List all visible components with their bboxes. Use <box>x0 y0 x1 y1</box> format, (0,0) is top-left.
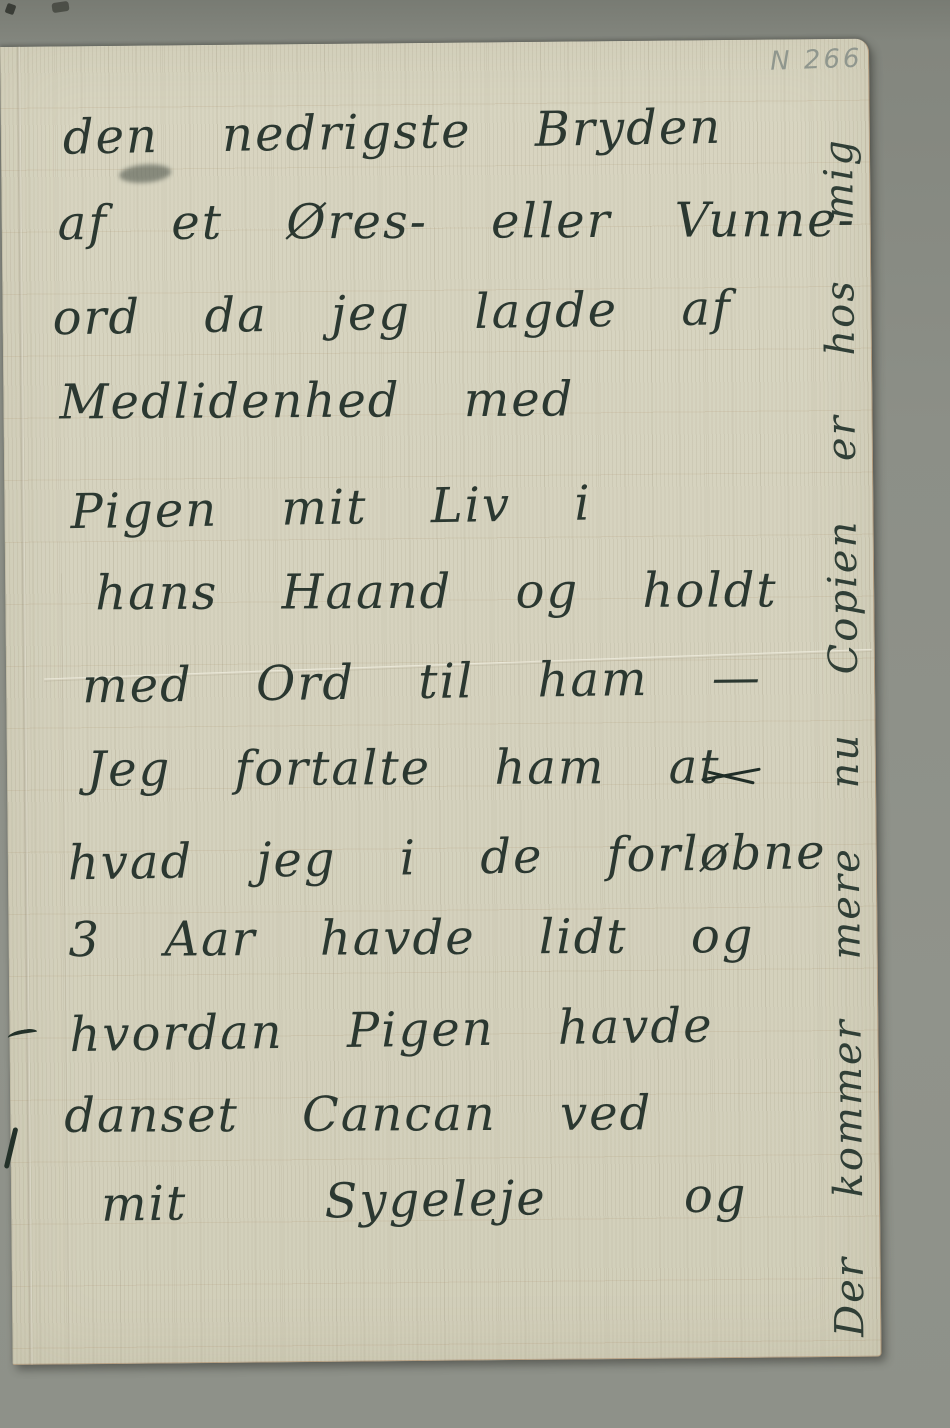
handwriting-line: hvordan Pigen havde <box>69 1002 714 1060</box>
handwriting-line: mit Sygeleje og <box>101 1171 748 1229</box>
margin-note-vertical: Der kommer mere nu Copien er hos mig <box>807 187 882 1338</box>
scanned-letter-photo: N 266 den nedrigste Brydenaf et Øres- el… <box>0 0 950 1428</box>
handwriting-line: danset Cancan ved <box>64 1089 652 1140</box>
handwriting-line: den nedrigste Bryden <box>62 103 722 162</box>
handwriting-lines: den nedrigste Brydenaf et Øres- eller Vu… <box>0 39 882 1365</box>
handwriting-line: med Ord til ham — <box>82 654 762 711</box>
handwriting-line: Jeg fortalte ham at <box>87 743 721 794</box>
scan-speck <box>51 1 69 13</box>
handwriting-line: Pigen mit Liv i <box>70 480 592 537</box>
handwriting-line: 3 Aar havde lidt og <box>68 912 754 964</box>
handwriting-line: af et Øres- eller Vunne- <box>58 196 856 247</box>
handwriting-line: ord da jeg lagde af <box>52 284 732 342</box>
handwriting-line: hvad jeg i de forløbne <box>67 828 826 887</box>
handwriting-line: Medlidenhed med <box>59 375 574 426</box>
handwriting-line: hans Haand og holdt <box>95 566 778 617</box>
scan-speck <box>5 3 17 15</box>
letter-page: N 266 den nedrigste Brydenaf et Øres- el… <box>0 39 882 1365</box>
